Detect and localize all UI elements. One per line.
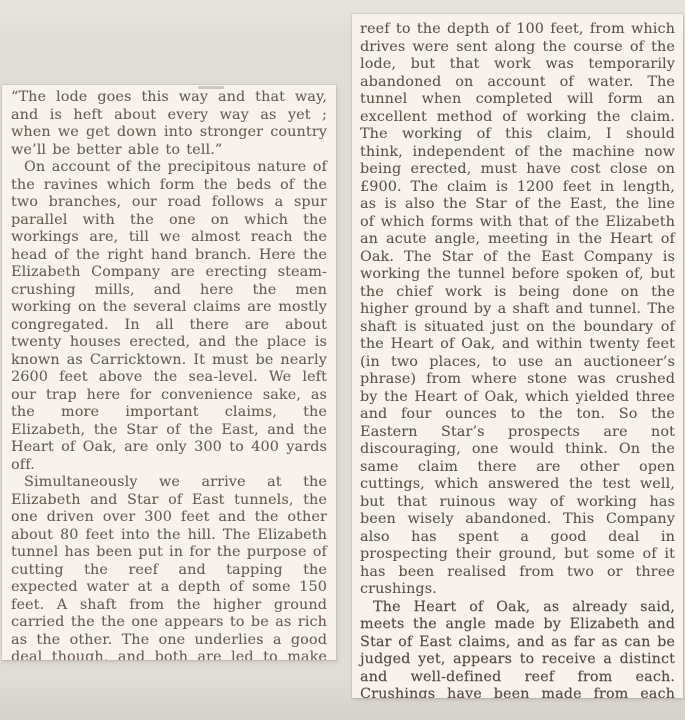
paragraph: The Heart of Oak, as already said, meets… — [360, 599, 675, 699]
left-newspaper-clipping: “The lode goes this way and that way, an… — [2, 85, 336, 660]
paragraph: reef to the depth of 100 feet, from whic… — [360, 21, 675, 599]
scan-artifact-mark — [198, 86, 224, 89]
paragraph-quote: “The lode goes this way and that way, an… — [11, 89, 327, 159]
paragraph: On account of the precipitous nature of … — [11, 159, 327, 474]
paragraph: Simultaneously we arrive at the Elizabet… — [11, 474, 327, 660]
right-newspaper-clipping: reef to the depth of 100 feet, from whic… — [352, 14, 683, 698]
scanned-page: “The lode goes this way and that way, an… — [0, 0, 685, 720]
